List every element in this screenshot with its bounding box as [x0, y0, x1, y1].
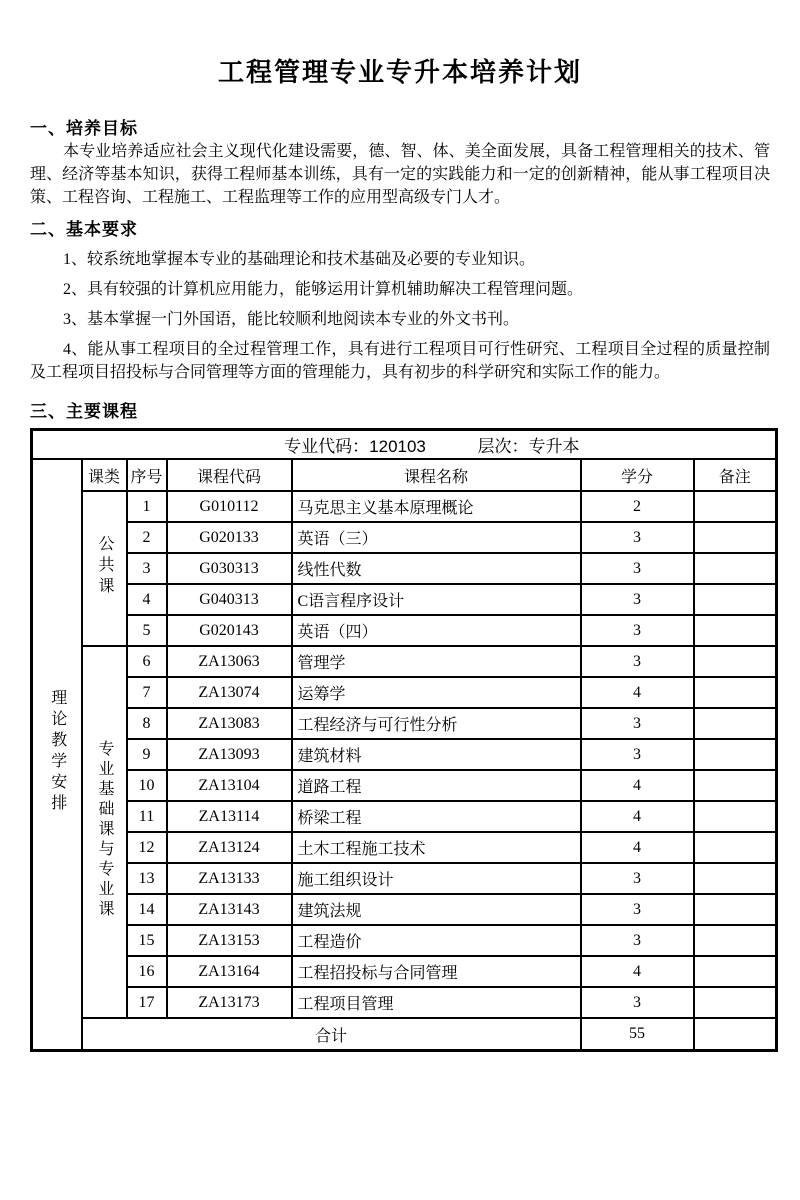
course-credits: 3: [581, 863, 694, 894]
course-credits: 4: [581, 801, 694, 832]
course-code: ZA13133: [167, 863, 292, 894]
course-note: [694, 615, 777, 646]
course-no: 17: [127, 987, 167, 1018]
course-code: G010112: [167, 491, 292, 522]
course-credits: 2: [581, 491, 694, 522]
col-header-course-code: 课程代码: [167, 459, 292, 491]
course-note: [694, 522, 777, 553]
course-code: ZA13083: [167, 708, 292, 739]
section-courses-heading: 三、主要课程: [30, 400, 770, 423]
col-header-note: 备注: [694, 459, 777, 491]
course-credits: 3: [581, 987, 694, 1018]
table-header-row: 理论教学安排 课类 序号 课程代码 课程名称 学分 备注: [32, 459, 777, 491]
total-note-cell: [694, 1018, 777, 1051]
course-code: ZA13074: [167, 677, 292, 708]
table-row: 12ZA13124土木工程施工技术4: [32, 832, 777, 863]
table-row: 10ZA13104道路工程4: [32, 770, 777, 801]
document-page: 工程管理专业专升本培养计划 一、培养目标 本专业培养适应社会主义现代化建设需要，…: [0, 0, 800, 1200]
course-note: [694, 584, 777, 615]
course-code: ZA13153: [167, 925, 292, 956]
col-header-index: 序号: [127, 459, 167, 491]
course-credits: 3: [581, 522, 694, 553]
course-name: 运筹学: [292, 677, 581, 708]
course-name: 建筑材料: [292, 739, 581, 770]
course-name: 英语（三）: [292, 522, 581, 553]
course-note: [694, 801, 777, 832]
course-credits: 3: [581, 615, 694, 646]
table-meta-row: 专业代码：120103层次：专升本: [32, 430, 777, 460]
course-no: 12: [127, 832, 167, 863]
course-code: G040313: [167, 584, 292, 615]
section-requirements-heading: 二、基本要求: [30, 218, 770, 241]
col-header-credits: 学分: [581, 459, 694, 491]
course-code: G030313: [167, 553, 292, 584]
course-credits: 3: [581, 708, 694, 739]
total-row: 合计 55: [32, 1018, 777, 1051]
course-code: ZA13063: [167, 646, 292, 677]
course-name: 工程招投标与合同管理: [292, 956, 581, 987]
course-note: [694, 832, 777, 863]
course-no: 4: [127, 584, 167, 615]
section-goal-paragraph: 本专业培养适应社会主义现代化建设需要，德、智、体、美全面发展，具备工程管理相关的…: [30, 140, 770, 209]
course-note: [694, 739, 777, 770]
course-table-body: 专业代码：120103层次：专升本 理论教学安排 课类 序号 课程代码 课程名称…: [32, 430, 777, 1051]
course-note: [694, 925, 777, 956]
course-no: 15: [127, 925, 167, 956]
table-row: 11ZA13114桥梁工程4: [32, 801, 777, 832]
course-name: 马克思主义基本原理概论: [292, 491, 581, 522]
table-row: 8ZA13083工程经济与可行性分析3: [32, 708, 777, 739]
course-note: [694, 956, 777, 987]
course-no: 1: [127, 491, 167, 522]
course-name: 桥梁工程: [292, 801, 581, 832]
course-no: 8: [127, 708, 167, 739]
course-credits: 4: [581, 956, 694, 987]
course-code: ZA13164: [167, 956, 292, 987]
course-group-label-cell: 专业基础课与专业课: [82, 646, 127, 1018]
course-name: 建筑法规: [292, 894, 581, 925]
requirement-item-3: 3、基本掌握一门外国语，能比较顺利地阅读本专业的外文书刊。: [30, 308, 770, 331]
table-row: 3G030313线性代数3: [32, 553, 777, 584]
section-goal-heading: 一、培养目标: [30, 117, 770, 140]
course-group-label: 专业基础课与专业课: [96, 740, 112, 920]
course-note: [694, 708, 777, 739]
table-row: 15ZA13153工程造价3: [32, 925, 777, 956]
course-code: ZA13124: [167, 832, 292, 863]
major-code-text: 专业代码：120103: [229, 432, 478, 457]
course-credits: 3: [581, 553, 694, 584]
requirement-item-2: 2、具有较强的计算机应用能力，能够运用计算机辅助解决工程管理问题。: [30, 278, 770, 301]
course-no: 14: [127, 894, 167, 925]
course-no: 11: [127, 801, 167, 832]
course-no: 16: [127, 956, 167, 987]
col-header-course-name: 课程名称: [292, 459, 581, 491]
course-no: 5: [127, 615, 167, 646]
table-row: 9ZA13093建筑材料3: [32, 739, 777, 770]
course-credits: 4: [581, 770, 694, 801]
table-row: 公共课1G010112马克思主义基本原理概论2: [32, 491, 777, 522]
row-group-label-cell: 理论教学安排: [32, 459, 82, 1051]
course-code: ZA13114: [167, 801, 292, 832]
course-no: 3: [127, 553, 167, 584]
course-note: [694, 863, 777, 894]
course-group-label-cell: 公共课: [82, 491, 127, 646]
course-name: 工程项目管理: [292, 987, 581, 1018]
table-row: 16ZA13164工程招投标与合同管理4: [32, 956, 777, 987]
requirement-item-4: 4、能从事工程项目的全过程管理工作，具有进行工程项目可行性研究、工程项目全过程的…: [30, 338, 770, 384]
course-name: 工程经济与可行性分析: [292, 708, 581, 739]
course-note: [694, 770, 777, 801]
course-code: ZA13093: [167, 739, 292, 770]
course-name: 线性代数: [292, 553, 581, 584]
course-name: 道路工程: [292, 770, 581, 801]
course-name: 施工组织设计: [292, 863, 581, 894]
course-code: ZA13143: [167, 894, 292, 925]
course-credits: 3: [581, 925, 694, 956]
table-row: 4G040313C语言程序设计3: [32, 584, 777, 615]
course-table: 专业代码：120103层次：专升本 理论教学安排 课类 序号 课程代码 课程名称…: [30, 428, 778, 1052]
course-name: 英语（四）: [292, 615, 581, 646]
requirement-item-1: 1、较系统地掌握本专业的基础理论和技术基础及必要的专业知识。: [30, 248, 770, 271]
course-note: [694, 553, 777, 584]
course-note: [694, 646, 777, 677]
course-code: ZA13173: [167, 987, 292, 1018]
table-row: 7ZA13074运筹学4: [32, 677, 777, 708]
course-group-label: 公共课: [96, 535, 112, 598]
total-label-cell: 合计: [82, 1018, 581, 1051]
course-credits: 3: [581, 739, 694, 770]
total-credits-cell: 55: [581, 1018, 694, 1051]
course-no: 6: [127, 646, 167, 677]
col-header-course-type: 课类: [82, 459, 127, 491]
table-meta-cell: 专业代码：120103层次：专升本: [32, 430, 777, 460]
course-name: 土木工程施工技术: [292, 832, 581, 863]
table-row: 专业基础课与专业课6ZA13063管理学3: [32, 646, 777, 677]
page-title: 工程管理专业专升本培养计划: [30, 54, 770, 90]
course-credits: 3: [581, 584, 694, 615]
course-code: G020143: [167, 615, 292, 646]
course-note: [694, 894, 777, 925]
course-name: 管理学: [292, 646, 581, 677]
course-credits: 3: [581, 894, 694, 925]
course-credits: 4: [581, 677, 694, 708]
level-text: 层次：专升本: [478, 437, 580, 456]
course-note: [694, 677, 777, 708]
course-no: 10: [127, 770, 167, 801]
table-row: 14ZA13143建筑法规3: [32, 894, 777, 925]
course-note: [694, 987, 777, 1018]
course-code: ZA13104: [167, 770, 292, 801]
course-credits: 4: [581, 832, 694, 863]
course-name: 工程造价: [292, 925, 581, 956]
course-no: 2: [127, 522, 167, 553]
course-no: 7: [127, 677, 167, 708]
course-credits: 3: [581, 646, 694, 677]
course-code: G020133: [167, 522, 292, 553]
course-note: [694, 491, 777, 522]
course-no: 9: [127, 739, 167, 770]
table-row: 13ZA13133施工组织设计3: [32, 863, 777, 894]
row-group-label: 理论教学安排: [49, 689, 65, 815]
table-row: 5G020143英语（四）3: [32, 615, 777, 646]
table-row: 17ZA13173工程项目管理3: [32, 987, 777, 1018]
course-name: C语言程序设计: [292, 584, 581, 615]
table-row: 2G020133英语（三）3: [32, 522, 777, 553]
course-no: 13: [127, 863, 167, 894]
